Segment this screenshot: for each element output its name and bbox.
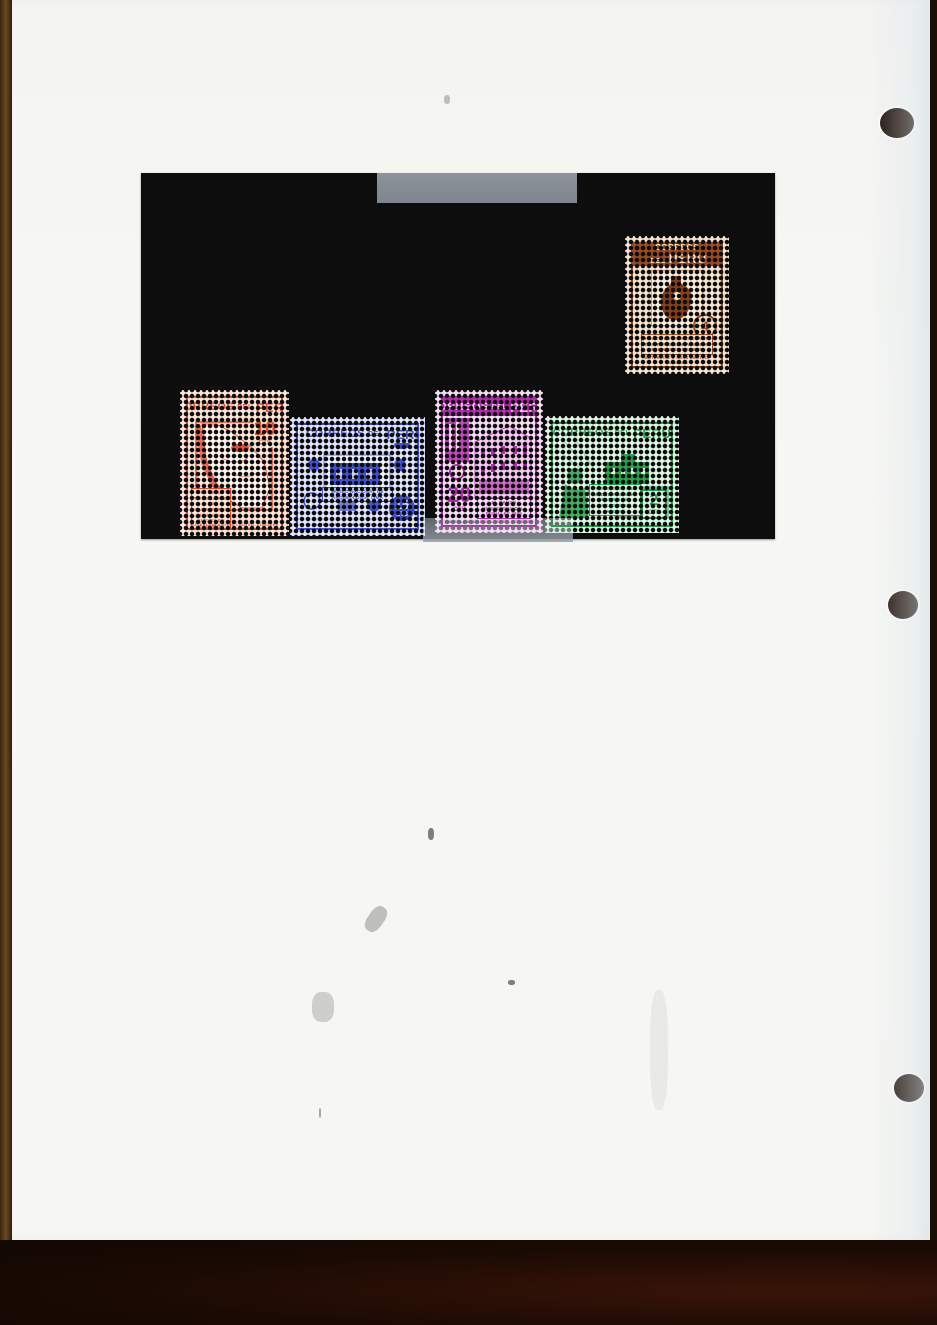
paper-speck	[508, 980, 515, 985]
stamp-caption: EL BANCO INDUSTRIAL DEL PERU LEY 7695	[477, 498, 531, 519]
stamp-header: CORREOSDELPERU	[188, 398, 281, 416]
paper-speck	[312, 992, 334, 1022]
stamp-value: 2	[650, 493, 659, 509]
stamp-design: CORREOSDELPERU MUSEO NACIONAL DE ARQUEOL…	[296, 423, 419, 530]
scanner-bottom-edge	[0, 1240, 937, 1325]
header-del: DEL	[615, 430, 631, 437]
header-country: PERU	[256, 400, 283, 415]
stamp-peru-2-green[interactable]: CORREOSDELPERU PROTECCION A LA MADRE Y A…	[545, 416, 679, 533]
stamp-header: CORREOS DELPERU	[633, 244, 721, 266]
header-country: PERU	[510, 400, 537, 415]
stamp-value: 20	[447, 484, 471, 506]
stamp-value-badge: 2 CTS	[641, 489, 667, 519]
header-correos: CORREOS	[306, 428, 365, 440]
header-del: DEL	[650, 258, 666, 265]
binder-hole-top	[880, 108, 914, 138]
stamp-peru-4-brown[interactable]: CORREOS DELPERU 4 HUACO DE ESTILO CHAVIN…	[625, 236, 729, 374]
stamp-design: CORREOSDELPERU 10 CTS EL PERU TIENE LA R…	[186, 396, 283, 530]
stamp-printer-imprint: WATERLOW & SONS LIMITED, LONDRES	[633, 355, 721, 365]
stamp-value: 10	[254, 419, 276, 439]
stamp-printer-imprint: WATERLOW & SONS LIMITED, LONDRES	[443, 519, 535, 524]
stamp-header: CORREOSDELPERU	[553, 424, 671, 442]
stamp-printer-imprint: WATERLOW & SONS LIMITED, LONDRES	[188, 522, 281, 527]
header-correos: CORREOS	[441, 401, 489, 413]
paper-speck	[361, 903, 390, 935]
header-del: DEL	[237, 404, 253, 411]
stamp-value-block: 10 CTS	[253, 418, 277, 447]
stamp-printer-imprint: WATERLOW & SONS LIMITED, LONDRES	[298, 522, 417, 527]
header-del: DEL	[492, 404, 508, 411]
paper-speck	[319, 1108, 321, 1118]
stamp-peru-10-vermilion[interactable]: CORREOSDELPERU 10 CTS EL PERU TIENE LA R…	[180, 390, 289, 536]
stamp-unit: CTS	[396, 512, 408, 518]
header-country: PERU	[633, 426, 671, 441]
binder-hole-bottom	[894, 1074, 924, 1102]
stamp-value-block: 20 CTS	[447, 484, 471, 513]
stamp-unit: CTS	[648, 510, 660, 516]
stamp-header: CORREOSDELPERU	[443, 398, 535, 416]
stamp-unit: CTS	[453, 507, 465, 513]
header-country: PERU	[387, 427, 419, 442]
stamp-value: 4	[701, 319, 709, 333]
stamp-value-badge: 15 CTS	[389, 495, 415, 521]
stamp-header: CORREOSDELPERU	[298, 425, 417, 443]
paper-speck	[444, 95, 450, 104]
stamp-value: 15	[395, 498, 409, 511]
paper-speck	[428, 828, 434, 840]
tape-strip-top	[377, 173, 577, 203]
header-correos: CORREOS	[186, 401, 234, 413]
stamp-peru-15-blue[interactable]: CORREOSDELPERU MUSEO NACIONAL DE ARQUEOL…	[290, 417, 425, 536]
stamp-caption: HUACO DE ESTILO CHAVIN CON REPRESENTACIO…	[641, 334, 713, 355]
stamp-design: CORREOS DELPERU 4 HUACO DE ESTILO CHAVIN…	[631, 242, 723, 368]
paper-smudge	[650, 990, 668, 1110]
header-correos: CORREOS	[553, 427, 612, 439]
binder-hole-middle	[888, 591, 918, 619]
stamp-caption: MUSEO NACIONAL DE ARQUEOLOGIA, LIMA	[322, 487, 393, 502]
stamp-unit: CTS	[259, 440, 271, 446]
stamp-design: CORREOSDELPERU PROTECCION A LA MADRE Y A…	[551, 422, 673, 527]
stamp-design: CORREOSDELPERU 20 CTS EL BANCO INDUSTRIA…	[441, 396, 537, 527]
stamp-peru-20-magenta[interactable]: CORREOSDELPERU 20 CTS EL BANCO INDUSTRIA…	[435, 390, 543, 533]
stamp-caption: PROTECCION A LA MADRE Y AL NIÑO BARRIO D…	[589, 484, 641, 516]
header-country: PERU	[669, 251, 707, 266]
header-del: DEL	[368, 431, 384, 438]
